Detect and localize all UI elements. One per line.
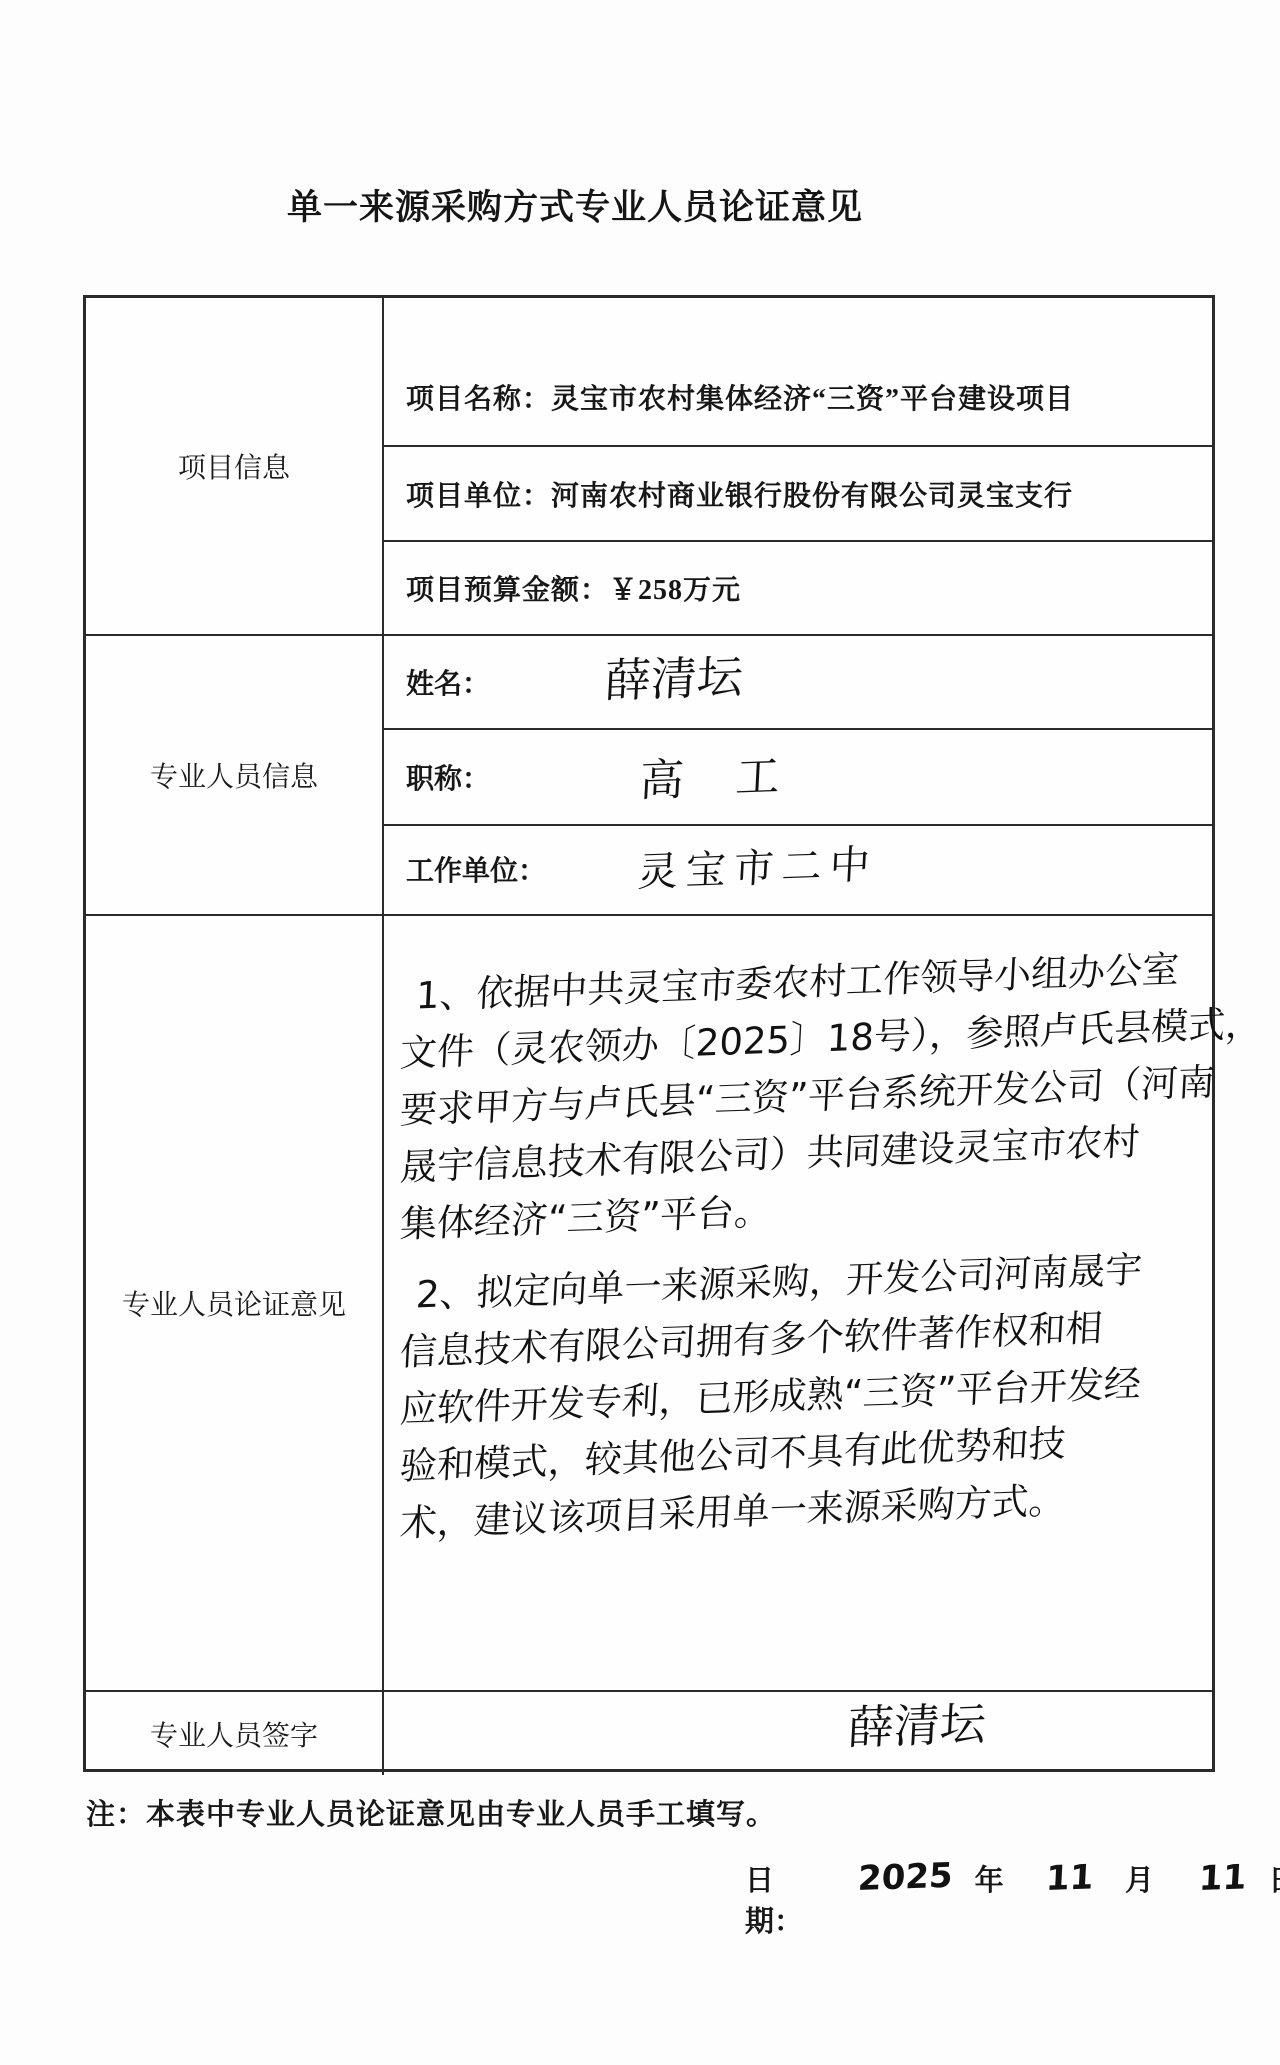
date-year-handwriting: 2025	[857, 1856, 954, 1899]
row-project-name: 项目名称：灵宝市农村集体经济“三资”平台建设项目	[384, 298, 1212, 447]
section-project-info: 项目信息 项目名称：灵宝市农村集体经济“三资”平台建设项目 项目单位：河南农村商…	[86, 298, 1212, 636]
date-day-unit: 日	[1268, 1858, 1280, 1899]
project-info-rows: 项目名称：灵宝市农村集体经济“三资”平台建设项目 项目单位：河南农村商业银行股份…	[384, 298, 1212, 634]
date-month-handwriting: 11	[1045, 1857, 1094, 1899]
opinion-handwriting-block: 1、依据中共灵宝市委农村工作领导小组办公室 文件（灵农领办〔2025〕18号），…	[384, 916, 1280, 1690]
project-name-text: 项目名称：灵宝市农村集体经济“三资”平台建设项目	[406, 377, 1074, 417]
person-workunit-label: 工作单位：	[406, 849, 546, 889]
signature-cell: 薛清坛	[384, 1692, 1212, 1775]
footer-note: 注：本表中专业人员论证意见由专业人员手工填写。	[86, 1792, 776, 1833]
row-person-workunit: 工作单位： 灵宝市二中	[384, 826, 1212, 912]
row-person-title: 职称： 高 工	[384, 730, 1212, 826]
section-label-project-info: 项目信息	[86, 298, 384, 634]
person-name-handwriting: 薛清坛	[603, 640, 744, 711]
row-person-name: 姓名： 薛清坛	[384, 636, 1212, 730]
date-label: 日期：	[745, 1858, 803, 1940]
project-budget-text: 项目预算金额：￥258万元	[406, 568, 741, 608]
section-opinion: 专业人员论证意见 1、依据中共灵宝市委农村工作领导小组办公室 文件（灵农领办〔2…	[86, 916, 1212, 1692]
date-line: 日期： 2025 年 11 月 11 日	[745, 1858, 1280, 1940]
row-project-unit: 项目单位：河南农村商业银行股份有限公司灵宝支行	[384, 447, 1212, 542]
page-title: 单一来源采购方式专业人员论证意见	[0, 180, 1150, 230]
date-month-unit: 月	[1125, 1858, 1154, 1899]
section-signature: 专业人员签字 薛清坛	[86, 1692, 1212, 1775]
section-label-personnel-info: 专业人员信息	[86, 636, 384, 914]
section-label-signature: 专业人员签字	[86, 1692, 384, 1775]
signature-handwriting: 薛清坛	[846, 1687, 987, 1758]
form-table: 项目信息 项目名称：灵宝市农村集体经济“三资”平台建设项目 项目单位：河南农村商…	[83, 295, 1215, 1772]
date-year-unit: 年	[975, 1858, 1004, 1899]
person-workunit-handwriting: 灵宝市二中	[637, 832, 880, 898]
person-title-label: 职称：	[406, 757, 490, 797]
person-title-handwriting: 高 工	[638, 740, 781, 809]
section-personnel-info: 专业人员信息 姓名： 薛清坛 职称： 高 工 工作单位： 灵宝市二中	[86, 636, 1212, 916]
person-name-label: 姓名：	[406, 662, 490, 702]
personnel-info-rows: 姓名： 薛清坛 职称： 高 工 工作单位： 灵宝市二中	[384, 636, 1212, 914]
row-project-budget: 项目预算金额：￥258万元	[384, 542, 1212, 634]
scanned-form-page: 单一来源采购方式专业人员论证意见 项目信息 项目名称：灵宝市农村集体经济“三资”…	[0, 0, 1280, 2065]
date-day-handwriting: 11	[1198, 1857, 1247, 1899]
section-label-opinion: 专业人员论证意见	[86, 916, 384, 1690]
project-unit-text: 项目单位：河南农村商业银行股份有限公司灵宝支行	[406, 474, 1073, 514]
